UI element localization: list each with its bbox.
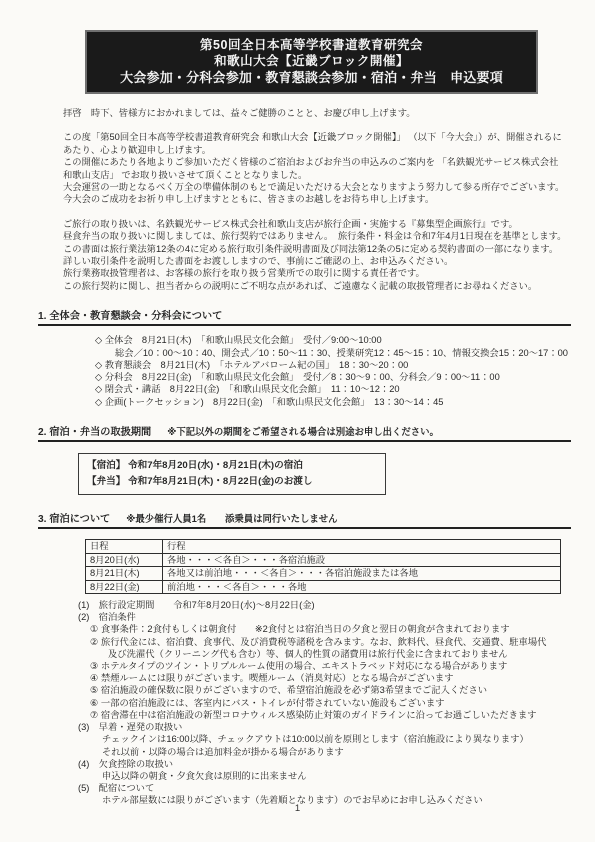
table-header-row: 日程 行程	[86, 540, 561, 554]
schedule-item: ◇ 教育懇談会 8月21日(木) 「ホテルアバローム紀の国」 18：30～20：…	[95, 359, 585, 371]
schedule-item: ◇ 企画(トークセッション) 8月22日(金) 「和歌山県民文化会館」 13：3…	[95, 396, 585, 408]
section-3-note: ※最少催行人員1名 添乗員は同行いたしません	[126, 513, 337, 524]
lodging-bento-period-box: 【宿泊】 令和7年8月20日(水)・8月21日(木)の宿泊 【弁当】 令和7年8…	[78, 453, 386, 495]
intro-p2-line: 旅行業務取扱管理者は、お客様の旅行を取り扱う営業所での取引に関する責任者です。	[63, 267, 583, 279]
section-3-heading: 3. 宿泊について※最少催行人員1名 添乗員は同行いたしません	[38, 510, 571, 529]
title-line-2: 和歌山大会【近畿ブロック開催】	[93, 53, 530, 69]
condition-subitem: ⑤ 宿泊施設の確保数に限りがございますので、希望宿泊施設を必ず第3希望までご記入…	[78, 684, 585, 696]
schedule-item: ◇ 分科会 8月22日(金) 「和歌山県民文化会館」 受付／8：30～9：00、…	[95, 371, 585, 383]
intro-p1-line: この開催にあたり各地よりご参加いただく皆様のご宿泊およびお弁当の申込みのご案内を…	[63, 156, 583, 168]
column-header-date: 日程	[86, 540, 163, 554]
intro-p1-line: 大会運営の一助となるべく万全の準備体制のもとで満足いただける大会となりますよう努…	[63, 181, 583, 193]
section-3-conditions-list: (1) 旅行設定期間 令和7年8月20日(水)～8月22日(金) (2) 宿泊条…	[78, 599, 585, 806]
condition-item: (2) 宿泊条件	[78, 611, 585, 623]
condition-subitem: ② 旅行代金には、宿泊費、食事代、及び消費税等諸税を含みます。なお、飲料代、昼食…	[78, 636, 585, 648]
title-line-1: 第50回全日本高等学校書道教育研究会	[93, 37, 530, 53]
title-line-3: 大会参加・分科会参加・教育懇談会参加・宿泊・弁当 申込要項	[93, 69, 530, 86]
intro-p2-line: この旅行契約に関し、担当者からの説明にご不明な点があれば、ご遠慮なく記載の取扱管…	[63, 280, 583, 292]
cell-date: 8月21日(木)	[86, 567, 163, 581]
condition-item: (4) 欠食控除の取扱い	[78, 758, 585, 770]
intro-p2-line: この書面は旅行業法第12条の4に定める旅行取引条件説明書面及び同法第12条の5に…	[63, 243, 583, 255]
section-3-title: 3. 宿泊について	[38, 514, 110, 525]
schedule-item: ◇ 閉会式・講話 8月22日(金) 「和歌山県民文化会館」 11：10～12：2…	[95, 383, 585, 395]
document-page: 第50回全日本高等学校書道教育研究会 和歌山大会【近畿ブロック開催】 大会参加・…	[0, 0, 595, 842]
section-1-title: 1. 全体会・教育懇談会・分科会について	[38, 311, 222, 322]
table-row: 8月20日(水) 各地・・・＜各自＞・・・各宿泊施設	[86, 553, 561, 567]
condition-subitem: ⑥ 一部の宿泊施設には、客室内にバス・トイレが付帯されていない施設もございます	[78, 697, 585, 709]
page-number: 1	[0, 803, 595, 814]
intro-p1-line: 和歌山支店」 でお取り扱いさせて頂くこととなりました。	[63, 169, 583, 181]
condition-subitem: ⑦ 宿舎滞在中は宿泊施設の新型コロナウィルス感染防止対策のガイドラインに沿ってお…	[78, 709, 585, 721]
intro-p1-line: あたり、心より歓迎申し上げます。	[63, 144, 583, 156]
section-2-note: ※下記以外の期間をご希望される場合は別途お申し出ください。	[167, 426, 439, 437]
cell-date: 8月22日(金)	[86, 580, 163, 594]
condition-subitem: ③ ホテルタイプのツイン・トリプルルーム使用の場合、エキストラベッド対応になる場…	[78, 660, 585, 672]
greeting-line: 拝啓 時下、皆様方におかれましては、益々ご健勝のことと、お慶び申し上げます。	[63, 107, 579, 119]
schedule-item: ◇ 全体会 8月21日(木) 「和歌山県民文化会館」 受付／9:00～10:00	[95, 334, 585, 346]
cell-itinerary: 各地・・・＜各自＞・・・各宿泊施設	[163, 553, 561, 567]
cell-date: 8月20日(水)	[86, 553, 163, 567]
table-row: 8月22日(金) 前泊地・・・＜各自＞・・・各地	[86, 580, 561, 594]
condition-item: (5) 配宿について	[78, 782, 585, 794]
condition-item: (3) 早着・遅発の取扱い	[78, 721, 585, 733]
condition-subitem: ④ 禁煙ルームには限りがございます。喫煙ルーム（消臭対応）となる場合がございます	[78, 672, 585, 684]
condition-detail: 申込以降の朝食・夕食欠食は原則的に出来ません	[78, 770, 585, 782]
section-1-schedule-list: ◇ 全体会 8月21日(木) 「和歌山県民文化会館」 受付／9:00～10:00…	[95, 334, 585, 408]
condition-item: (1) 旅行設定期間 令和7年8月20日(水)～8月22日(金)	[78, 599, 585, 611]
intro-p1-line: この度「第50回全日本高等学校書道教育研究会 和歌山大会【近畿ブロック開催】」 …	[63, 131, 583, 143]
condition-subitem-continuation: 及び洗濯代（クリーニング代も含む）等、個人的性質の諸費用は旅行代金に含まれており…	[78, 648, 585, 660]
intro-p2-line: ご旅行の取り扱いは、名鉄観光サービス株式会社和歌山支店が旅行企画・実施する『募集…	[63, 218, 583, 230]
lodging-period-line: 【宿泊】 令和7年8月20日(水)・8月21日(木)の宿泊	[87, 458, 377, 474]
intro-p2-line: 詳しい取引条件を説明した書面をお渡ししますので、事前にご確認の上、お申込みくださ…	[63, 255, 583, 267]
bento-period-line: 【弁当】 令和7年8月21日(木)・8月22日(金)のお渡し	[87, 474, 377, 490]
column-header-itinerary: 行程	[163, 540, 561, 554]
itinerary-table: 日程 行程 8月20日(水) 各地・・・＜各自＞・・・各宿泊施設 8月21日(木…	[85, 539, 561, 594]
intro-paragraph-2: ご旅行の取り扱いは、名鉄観光サービス株式会社和歌山支店が旅行企画・実施する『募集…	[63, 218, 583, 292]
condition-detail: それ以前・以降の場合は追加料金が掛かる場合があります	[78, 746, 585, 758]
intro-p2-line: 昼食弁当の取り扱いに関しましては、旅行契約ではありません。 旅行条件・料金は令和…	[63, 230, 583, 242]
condition-detail: チェックインは16:00以降、チェックアウトは10:00以前を原則とします（宿泊…	[78, 733, 585, 745]
document-title-box: 第50回全日本高等学校書道教育研究会 和歌山大会【近畿ブロック開催】 大会参加・…	[85, 30, 538, 94]
cell-itinerary: 各地又は前泊地・・・＜各自＞・・・各宿泊施設または各地	[163, 567, 561, 581]
table-row: 8月21日(木) 各地又は前泊地・・・＜各自＞・・・各宿泊施設または各地	[86, 567, 561, 581]
intro-paragraph-1: この度「第50回全日本高等学校書道教育研究会 和歌山大会【近畿ブロック開催】」 …	[63, 131, 583, 205]
intro-p1-line: 今大会のご成功をお祈り申し上げますとともに、皆さまのお越しをお待ち申し上げます。	[63, 193, 583, 205]
schedule-item-continuation: 総会／10：00～10：40、開会式／10：50～11：30、授業研究12：45…	[95, 347, 585, 359]
cell-itinerary: 前泊地・・・＜各自＞・・・各地	[163, 580, 561, 594]
condition-subitem: ① 食事条件：2食付もしくは朝食付 ※2食付とは宿泊当日の夕食と翌日の朝食が含ま…	[78, 623, 585, 635]
section-1-heading: 1. 全体会・教育懇談会・分科会について	[38, 307, 571, 326]
section-2-heading: 2. 宿泊・弁当の取扱期間※下記以外の期間をご希望される場合は別途お申し出くださ…	[38, 423, 571, 442]
section-2-title: 2. 宿泊・弁当の取扱期間	[38, 427, 151, 438]
